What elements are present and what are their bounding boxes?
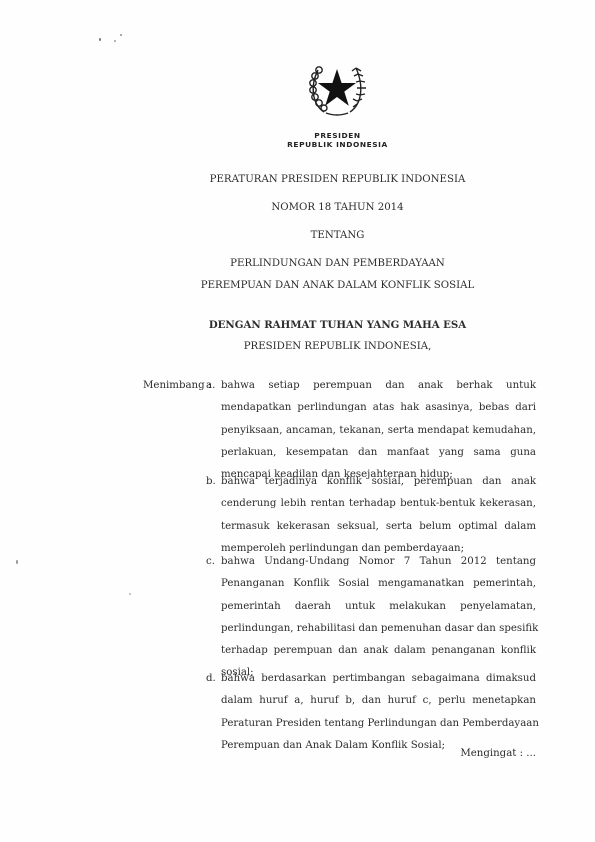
considerations-label: Menimbang : [143,380,211,391]
item-a-line: mendapatkan perlindungan atas hak asasin… [221,397,536,419]
item-b-line: bahwa terjadinya konflik sosial, perempu… [221,471,536,493]
scan-speck [114,40,116,42]
item-c-line: terhadap perempuan dan anak dalam penang… [221,640,536,662]
item-letter-c: c. [206,556,215,567]
document-page: PRESIDEN REPUBLIK INDONESIA PERATURAN PR… [0,0,595,842]
consideration-item-c: bahwa Undang-Undang Nomor 7 Tahun 2012 t… [221,551,536,685]
page-continuation: Mengingat : ... [420,748,536,759]
consideration-item-a: bahwa setiap perempuan dan anak berhak u… [221,375,536,486]
consideration-item-d: bahwa berdasarkan pertimbangan sebagaima… [221,668,536,757]
item-d-line: dalam huruf a, huruf b, dan huruf c, per… [221,690,536,712]
regulation-subject-line-2: PEREMPUAN DAN ANAK DALAM KONFLIK SOSIAL [150,280,525,292]
institution-line-1: PRESIDEN [250,131,425,140]
scan-speck [99,38,101,41]
regulation-subject-line-1: PERLINDUNGAN DAN PEMBERDAYAAN [150,258,525,270]
item-letter-d: d. [206,673,216,684]
item-a-line: bahwa setiap perempuan dan anak berhak u… [221,375,536,397]
regulation-number: NOMOR 18 TAHUN 2014 [150,202,525,214]
scan-speck [129,593,131,595]
item-c-line: Penanganan Konflik Sosial mengamanatkan … [221,573,536,595]
item-c-line: perlindungan, rehabilitasi dan pemenuhan… [221,618,536,640]
institution-line-2: REPUBLIK INDONESIA [250,140,425,149]
item-d-line: Peraturan Presiden tentang Perlindungan … [221,713,536,735]
scan-speck [120,34,122,36]
item-letter-a: a. [206,380,215,391]
item-c-line: pemerintah daerah untuk melakukan penyel… [221,596,536,618]
regulation-tentang: TENTANG [150,230,525,242]
regulation-title: PERATURAN PRESIDEN REPUBLIK INDONESIA [150,174,525,186]
item-a-line: perlakuan, kesempatan dan manfaat yang s… [221,442,536,464]
item-d-line: bahwa berdasarkan pertimbangan sebagaima… [221,668,536,690]
item-b-line: cenderung lebih rentan terhadap bentuk-b… [221,493,536,515]
item-b-line: termasuk kekerasan seksual, serta belum … [221,516,536,538]
item-c-line: bahwa Undang-Undang Nomor 7 Tahun 2012 t… [221,551,536,573]
preamble-line-2: PRESIDEN REPUBLIK INDONESIA, [150,341,525,353]
preamble-line-1: DENGAN RAHMAT TUHAN YANG MAHA ESA [150,319,525,331]
scan-speck [16,560,18,564]
consideration-item-b: bahwa terjadinya konflik sosial, perempu… [221,471,536,560]
item-a-line: penyiksaan, ancaman, tekanan, serta mend… [221,420,536,442]
item-letter-b: b. [206,476,216,487]
garuda-star-emblem-icon [304,56,370,120]
